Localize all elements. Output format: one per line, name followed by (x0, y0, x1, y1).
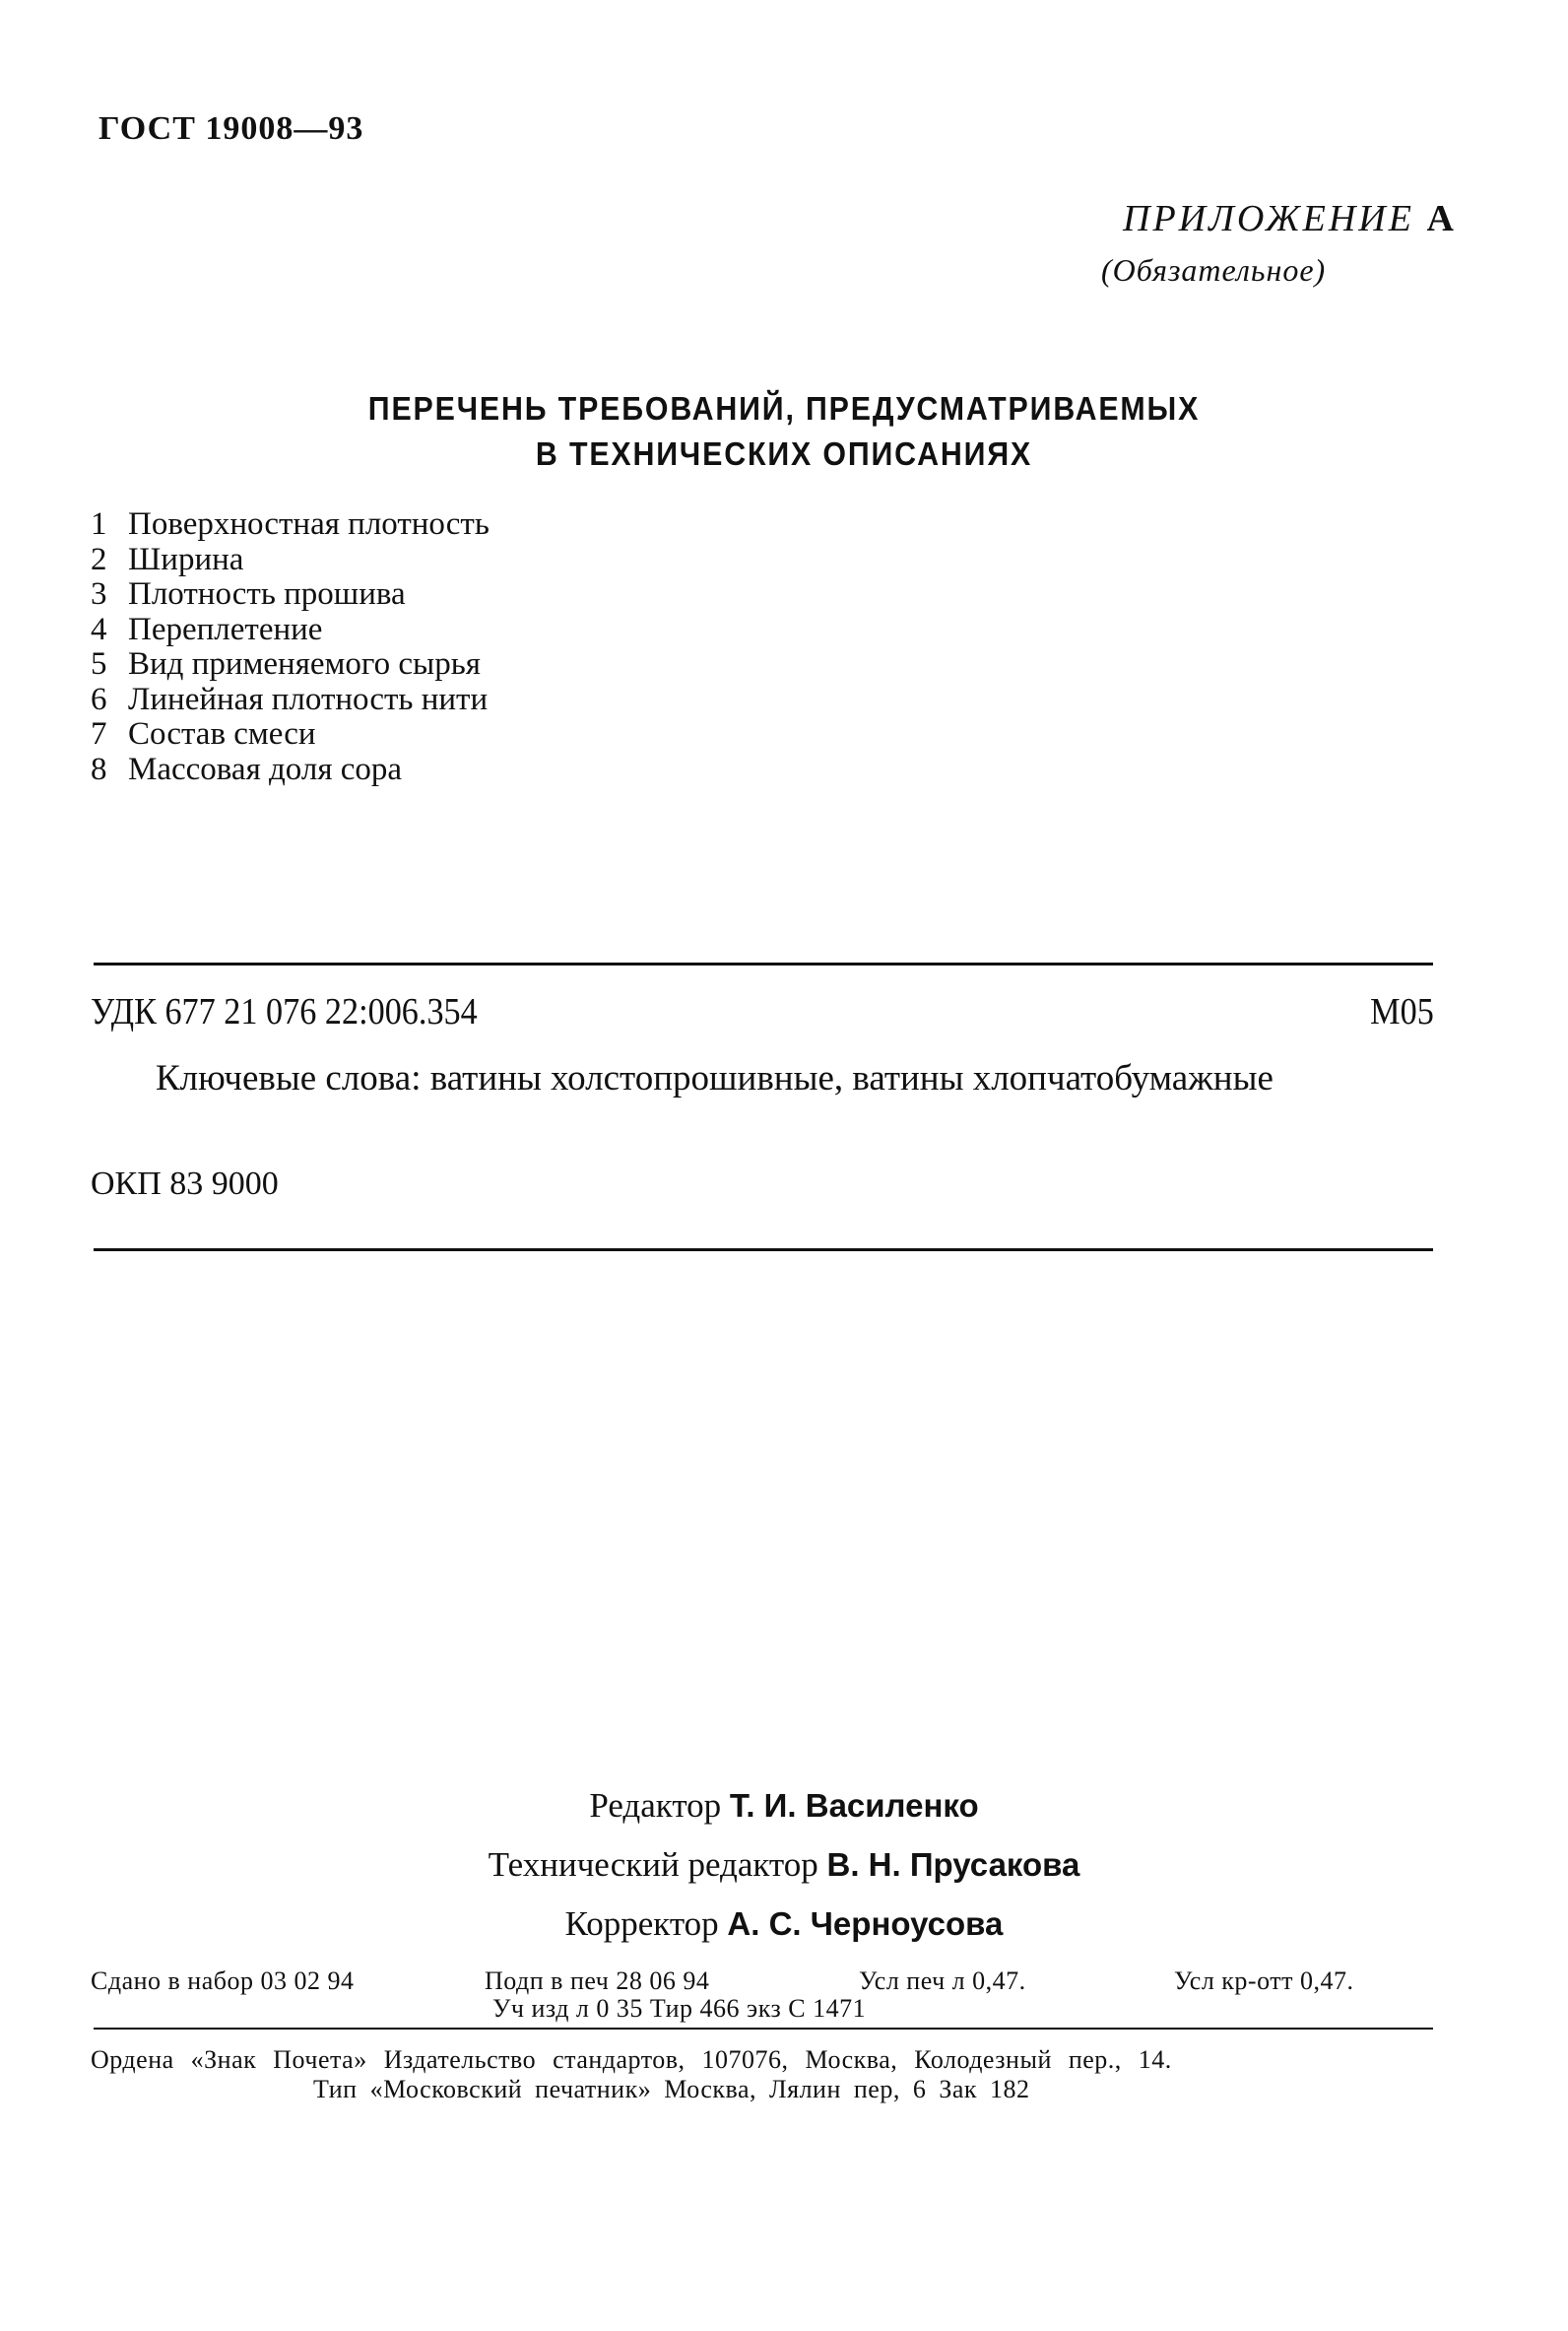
list-item: 4Переплетение (91, 613, 490, 648)
requirements-list: 1Поверхностная плотность 2Ширина 3Плотно… (91, 507, 490, 787)
list-item: 5Вид применяемого сырья (91, 647, 490, 683)
divider (94, 2028, 1433, 2030)
item-number: 1 (91, 507, 128, 543)
imprint-line-2: Уч изд л 0 35 Тир 466 экз С 1471 (492, 1994, 866, 2024)
okp-code: ОКП 83 9000 (91, 1165, 279, 1203)
item-text: Переплетение (128, 612, 322, 647)
imprint-typeset: Сдано в набор 03 02 94 (91, 1966, 485, 1996)
item-number: 8 (91, 753, 128, 788)
item-number: 7 (91, 717, 128, 753)
document-code: ГОСТ 19008—93 (98, 110, 363, 148)
item-number: 3 (91, 577, 128, 613)
keywords: Ключевые слова: ватины холстопрошивные, … (91, 1054, 1434, 1103)
appendix-heading: ПРИЛОЖЕНИЕ А (1123, 197, 1457, 240)
credit-role: Редактор (589, 1786, 721, 1825)
list-item: 3Плотность прошива (91, 577, 490, 613)
item-number: 4 (91, 613, 128, 648)
credit-name: Т. И. Василенко (730, 1787, 979, 1824)
udc-code: УДК 677 21 076 22:006.354 (91, 990, 478, 1033)
list-item: 7Состав смеси (91, 717, 490, 753)
list-item: 1Поверхностная плотность (91, 507, 490, 543)
list-item: 8Массовая доля сора (91, 753, 490, 788)
divider (94, 963, 1433, 966)
item-text: Вид применяемого сырья (128, 646, 481, 682)
printer-info: Тип «Московский печатник» Москва, Лялин … (313, 2075, 1030, 2104)
credit-name: А. С. Черноусова (727, 1905, 1003, 1942)
item-number: 6 (91, 683, 128, 718)
item-number: 5 (91, 647, 128, 683)
item-text: Состав смеси (128, 716, 316, 752)
page-title-line-1: ПЕРЕЧЕНЬ ТРЕБОВАНИЙ, ПРЕДУСМАТРИВАЕМЫХ (63, 390, 1506, 428)
list-item: 6Линейная плотность нити (91, 683, 490, 718)
item-text: Линейная плотность нити (128, 682, 488, 717)
imprint-signed: Подп в печ 28 06 94 (485, 1966, 859, 1996)
credit-role: Технический редактор (489, 1845, 818, 1884)
credit-name: В. Н. Прусакова (827, 1846, 1080, 1883)
credits: Редактор Т. И. Василенко Технический ред… (0, 1776, 1568, 1954)
publisher-info: Ордена «Знак Почета» Издательство станда… (91, 2045, 1172, 2075)
appendix-letter: А (1426, 198, 1456, 239)
item-number: 2 (91, 543, 128, 578)
divider (94, 1248, 1433, 1251)
item-text: Ширина (128, 542, 243, 577)
imprint-line-1: Сдано в набор 03 02 94Подп в печ 28 06 9… (91, 1966, 1353, 1996)
item-text: Плотность прошива (128, 576, 406, 612)
imprint-printed-sheets: Усл печ л 0,47. (859, 1966, 1174, 1996)
list-item: 2Ширина (91, 543, 490, 578)
credit-editor: Редактор Т. И. Василенко (0, 1776, 1568, 1835)
appendix-label: ПРИЛОЖЕНИЕ (1123, 198, 1414, 239)
group-code: М05 (1370, 990, 1434, 1033)
page-title-line-2: В ТЕХНИЧЕСКИХ ОПИСАНИЯХ (63, 435, 1506, 473)
item-text: Поверхностная плотность (128, 506, 490, 542)
credit-technical-editor: Технический редактор В. Н. Прусакова (0, 1835, 1568, 1895)
item-text: Массовая доля сора (128, 752, 402, 787)
imprint-color-prints: Усл кр-отт 0,47. (1174, 1966, 1353, 1996)
credit-role: Корректор (565, 1904, 719, 1943)
appendix-status: (Обязательное) (1101, 252, 1326, 289)
credit-proofreader: Корректор А. С. Черноусова (0, 1895, 1568, 1954)
